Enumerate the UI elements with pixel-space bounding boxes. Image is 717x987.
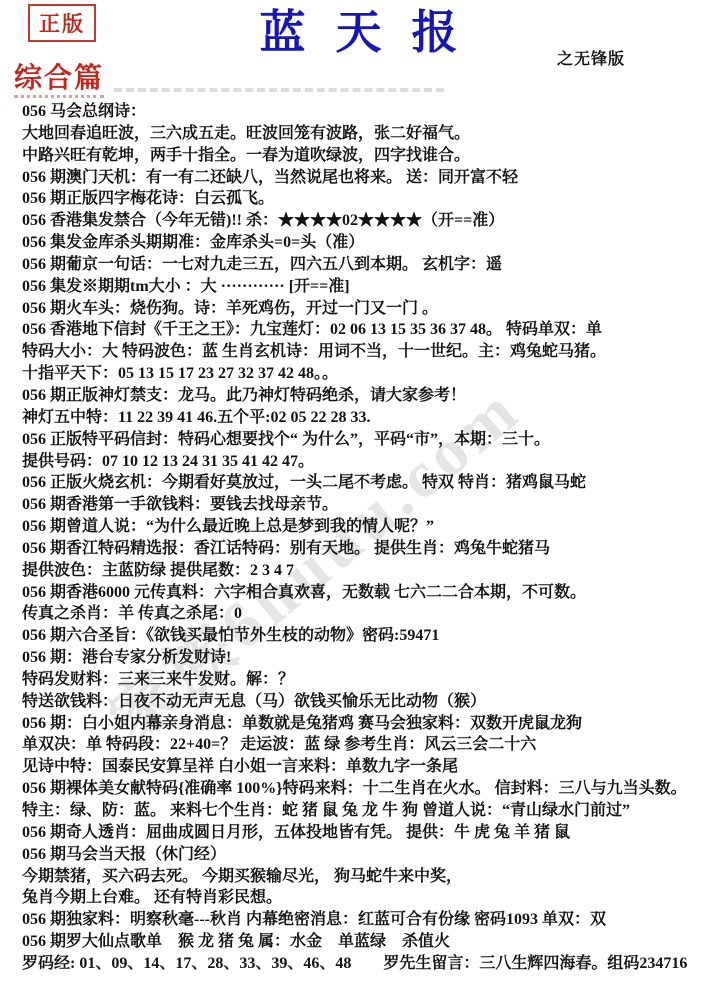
report-line: 056 期澳门天机：有一有二还缺八，当然说尾也将来。 送：同开富不轻 — [22, 167, 711, 189]
report-line: 056 期：白小姐内幕亲身消息：单数就是兔猪鸡 赛马会独家料：双数开虎鼠龙狗 — [22, 713, 711, 735]
report-line: 056 期香港第一手欲钱料：要钱去找母亲节。 — [22, 494, 711, 516]
report-line: 056 期马会当天报（休门经） — [22, 844, 711, 866]
report-line: 056 期独家料：明察秋毫---秋肖 内幕绝密消息：红蓝可合有份缘 密码1093… — [22, 909, 711, 931]
report-line: 056 期香港6000 元传真料：六字相合真欢喜，无数载 七六二二合本期，不可数… — [22, 582, 711, 604]
report-line: 056 马会总纲诗： — [22, 101, 711, 123]
report-line: 056 期六合圣旨：《欲钱买最怕节外生枝的动物》密码:59471 — [22, 625, 711, 647]
report-line: 特码大小：大 特码波色：蓝 生肖玄机诗：用词不当，十一世纪。主：鸡兔蛇马猪。 — [22, 341, 711, 363]
report-line: 056 期：港台专家分析发财诗! — [22, 647, 711, 669]
report-line: 056 集发金库杀头期期准：金库杀头=0=头（准） — [22, 232, 711, 254]
report-line: 056 期罗大仙点歌单 猴 龙 猪 兔 属：水金 单蓝绿 杀值火 — [22, 931, 711, 953]
report-line: 提供波色：主蓝防绿 提供尾数：2 3 4 7 — [22, 560, 711, 582]
report-line: 今期禁猪，买六码去死。 今期买猴输尽光， 狗马蛇牛来中奖， — [22, 866, 711, 888]
report-line: 056 正版特平码信封：特码心想要找个“ 为什么”，平码“市”，本期：三十。 — [22, 429, 711, 451]
report-content: 056 马会总纲诗： 大地回春追旺波，三六成五走。旺波回笼有波路，张二好福气。 … — [22, 101, 711, 975]
report-line: 056 期曾道人说：“为什么最近晚上总是梦到我的情人呢？” — [22, 516, 711, 538]
report-line: 传真之杀肖：羊 传真之杀尾：0 — [22, 603, 711, 625]
report-line: 罗码经: 01、09、14、17、28、33、39、46、48 罗先生留言：三八… — [22, 953, 711, 975]
report-line: 兔肖今期上台难。 还有特肖彩民想。 — [22, 887, 711, 909]
edition-label: 之无锋版 — [557, 46, 625, 69]
report-line: 056 集发※期期tm大小 ：大 ············ [开==准] — [22, 276, 711, 298]
report-line: 单双决：单 特码段：22+40=？ 走运波：蓝 绿 参考生肖：风云三会二十六 — [22, 734, 711, 756]
report-line: 特主：绿、防：蓝。 来料七个生肖：蛇 猪 鼠 兔 龙 牛 狗 曾道人说：“青山绿… — [22, 800, 711, 822]
report-line: 056 正版火烧玄机：今期看好莫放过，一头二尾不考虑。 特双 特肖：猪鸡鼠马蛇 — [22, 472, 711, 494]
report-line: 056 期香江特码精选报：香江话特码：别有天地。 提供生肖：鸡兔牛蛇猪马 — [22, 538, 711, 560]
section-header: 综合篇 — [14, 56, 444, 96]
report-line: 神灯五中特：11 22 39 41 46.五个平:02 05 22 28 33. — [22, 407, 711, 429]
report-line: 056 期火车头：烧伤狗。诗：羊死鸡伤，开过一门又一门 。 — [22, 298, 711, 320]
report-line: 056 香港集发禁合（今年无错)!! 杀：★★★★02★★★★（开==准） — [22, 210, 711, 232]
section-underline-divider — [114, 85, 444, 92]
report-line: 056 期正版神灯禁支：龙马。此乃神灯特码绝杀，请大家参考！ — [22, 385, 711, 407]
report-line: 中路兴旺有乾坤，两手十指全。一春为道吹绿波，四字找谁合。 — [22, 145, 711, 167]
report-line: 056 期正版四字梅花诗：白云孤飞。 — [22, 188, 711, 210]
report-line: 特送欲钱料：日夜不动无声无息（马）欲钱买愉乐无比动物（猴） — [22, 691, 711, 713]
report-line: 大地回春追旺波，三六成五走。旺波回笼有波路，张二好福气。 — [22, 123, 711, 145]
report-line: 特码发财料：三来三来牛发财。解：？ — [22, 669, 711, 691]
report-line: 056 期葡京一句话：一七对九走三五，四六五八到本期。 玄机字：遥 — [22, 254, 711, 276]
report-line: 056 香港地下信封《千王之王》：九宝莲灯：02 06 13 15 35 36 … — [22, 319, 711, 341]
report-line: 056 期奇人透肖：屈曲成圆日月形，五体投地皆有凭。 提供：牛 虎 兔 羊 猪 … — [22, 822, 711, 844]
report-line: 见诗中特：国泰民安算呈祥 白小姐一言来料：单数九字一条尾 — [22, 756, 711, 778]
report-line: 056 期裸体美女献特码{准确率 100%}特码来料：十二生肖在火水。 信封料：… — [22, 778, 711, 800]
report-line: 提供号码：07 10 12 13 24 31 35 41 42 47。 — [22, 451, 711, 473]
section-title: 综合篇 — [14, 63, 104, 98]
report-line: 十指平天下：05 13 15 17 23 27 32 37 42 48。。 — [22, 363, 711, 385]
